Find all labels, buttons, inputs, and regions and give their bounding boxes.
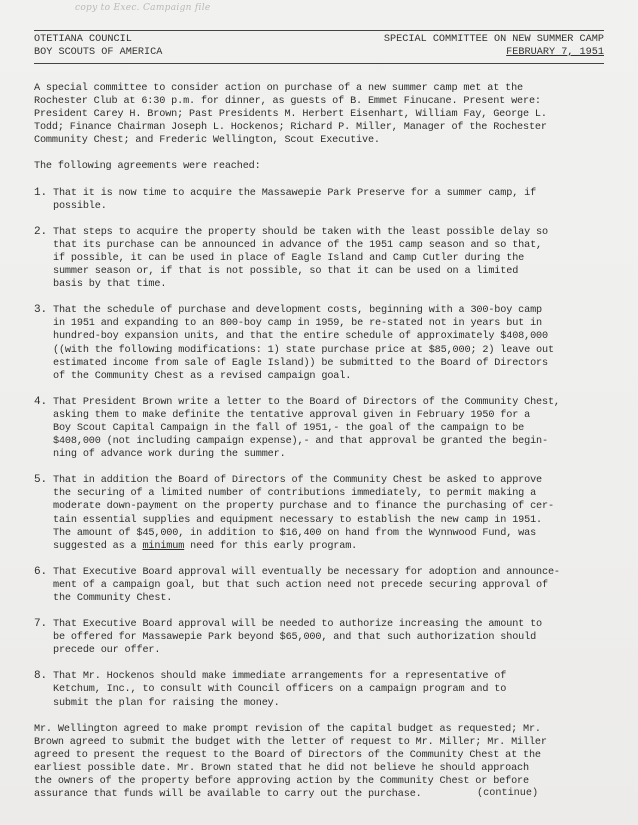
agreement-item: 4. That President Brown write a letter t… [34,396,609,461]
agreement-item: 8. That Mr. Hockenos should make immedia… [34,670,609,709]
item-text: That steps to acquire the property shoul… [53,226,609,291]
underlined-word: minimum [142,541,184,552]
item-number: 8. [34,670,53,709]
item-number: 6. [34,566,53,605]
organization-name: BOY SCOUTS OF AMERICA [34,46,162,59]
agreement-item: 6. That Executive Board approval will ev… [34,566,609,605]
item-number: 5. [34,474,53,553]
item-text: That in addition the Board of Directors … [53,474,609,553]
item-text: That President Brown write a letter to t… [53,396,609,461]
item-number: 4. [34,396,53,461]
item-number: 7. [34,618,53,657]
agreement-item: 1. That it is now time to acquire the Ma… [34,187,609,213]
item-text: That the schedule of purchase and develo… [53,304,609,383]
meeting-block: SPECIAL COMMITTEE ON NEW SUMMER CAMP FEB… [384,33,604,59]
council-name: OTETIANA COUNCIL [34,33,162,46]
item-text: That it is now time to acquire the Massa… [53,187,609,213]
agreement-item: 3. That the schedule of purchase and dev… [34,304,609,383]
item-text: That Mr. Hockenos should make immediate … [53,670,609,709]
intro-paragraph: A special committee to consider action o… [34,82,609,147]
letterhead: OTETIANA COUNCIL BOY SCOUTS OF AMERICA S… [34,30,604,64]
organization-block: OTETIANA COUNCIL BOY SCOUTS OF AMERICA [34,33,162,59]
meeting-date: FEBRUARY 7, 1951 [384,46,604,59]
agreements-intro: The following agreements were reached: [34,160,609,173]
continue-marker: (continue) [477,788,538,799]
agreement-item: 7. That Executive Board approval will be… [34,618,609,657]
handwritten-note: copy to Exec. Campaign file [75,3,211,13]
document-body: A special committee to consider action o… [34,82,609,814]
committee-title: SPECIAL COMMITTEE ON NEW SUMMER CAMP [384,33,604,46]
item-number: 2. [34,226,53,291]
item-number: 1. [34,187,53,213]
item-text-part: need for this early program. [184,541,357,552]
document-page: copy to Exec. Campaign file OTETIANA COU… [0,0,638,825]
item-number: 3. [34,304,53,383]
item-text: That Executive Board approval will be ne… [53,618,609,657]
item-text: That Executive Board approval will event… [53,566,609,605]
agreement-item: 2. That steps to acquire the property sh… [34,226,609,291]
agreement-item: 5. That in addition the Board of Directo… [34,474,609,553]
